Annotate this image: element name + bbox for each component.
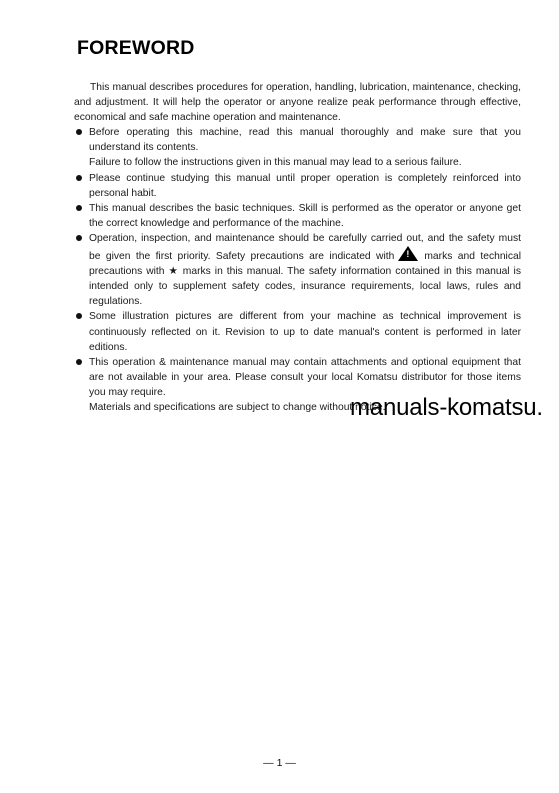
list-item: Before operating this machine, read this…	[74, 125, 521, 170]
foreword-list: Before operating this machine, read this…	[74, 125, 521, 415]
list-item: This manual describes the basic techniqu…	[74, 201, 521, 231]
intro-paragraph: This manual describes procedures for ope…	[74, 80, 521, 125]
warning-triangle-icon	[398, 246, 418, 261]
bullet-icon	[76, 235, 82, 241]
bullet-icon	[76, 175, 82, 181]
bullet-icon	[76, 205, 82, 211]
list-item-text: Please continue studying this manual unt…	[89, 171, 521, 201]
list-item-text: Some illustration pictures are different…	[89, 309, 521, 354]
foreword-body: This manual describes procedures for ope…	[74, 80, 521, 415]
page-number: — 1 —	[0, 757, 559, 769]
list-item: Operation, inspection, and maintenance s…	[74, 231, 521, 309]
list-item-extra: Failure to follow the instructions given…	[89, 155, 521, 170]
page-title: FOREWORD	[77, 37, 195, 60]
list-item: Please continue studying this manual unt…	[74, 171, 521, 201]
watermark: manuals-komatsu.	[350, 394, 543, 422]
list-item-text: Before operating this machine, read this…	[89, 125, 521, 155]
list-item: Some illustration pictures are different…	[74, 309, 521, 354]
bullet-icon	[76, 129, 82, 135]
bullet-icon	[76, 313, 82, 319]
bullet-icon	[76, 359, 82, 365]
list-item-text: Operation, inspection, and maintenance s…	[89, 231, 521, 309]
list-item-text: This manual describes the basic techniqu…	[89, 201, 521, 231]
